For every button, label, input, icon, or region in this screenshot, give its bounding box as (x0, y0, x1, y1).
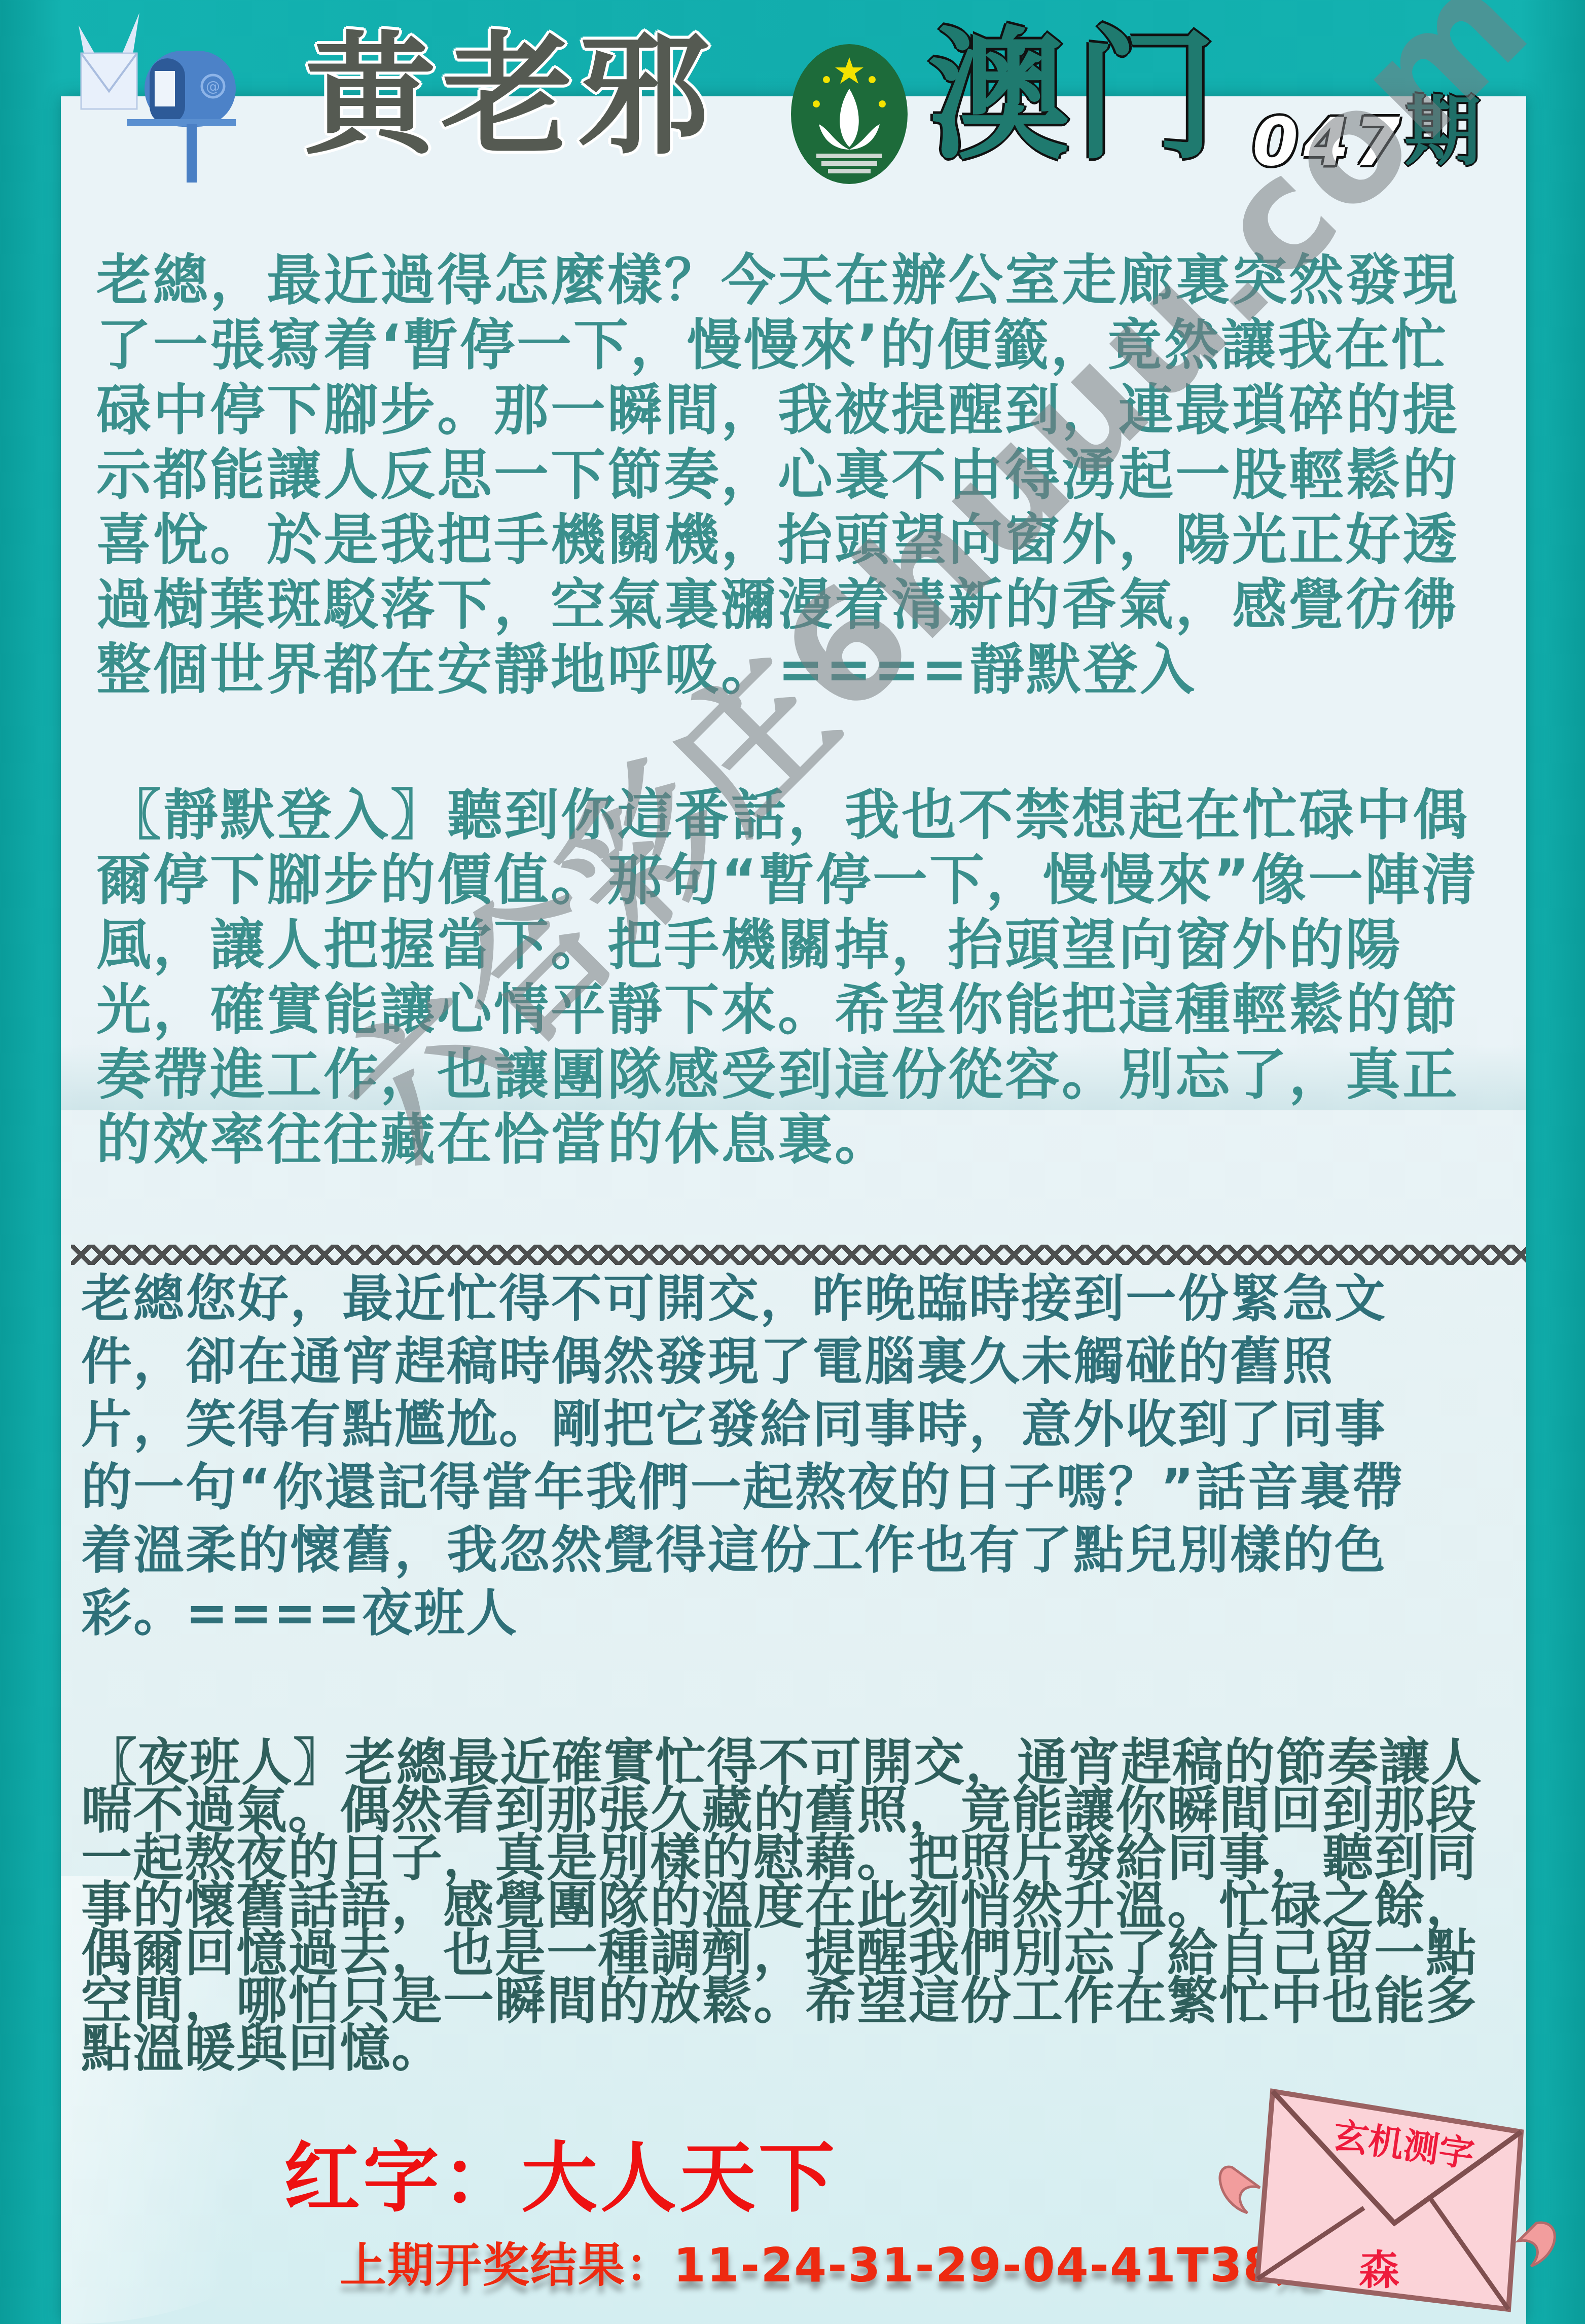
macau-emblem-icon (788, 43, 910, 185)
red-label: 红字：大人天下 (284, 2117, 838, 2226)
title-name: 黄老邪 (304, 30, 715, 162)
post-reply-1: 〖靜默登入〗聽到你這番話，我也不禁想起在忙碌中偶爾停下腳步的價值。那句“暫停一下… (96, 783, 1496, 1173)
wing-right-icon (1519, 2223, 1555, 2266)
mailbox-icon: @ (51, 10, 254, 183)
post-reply-2: 〖夜班人〗老總最近確實忙得不可開交，通宵趕稿的節奏讓人喘不過氣。偶然看到那張久藏… (81, 1739, 1491, 2073)
previous-result: 上期开奖结果：11-24-31-29-04-41T38龙 (340, 2228, 1324, 2295)
svg-text:@: @ (206, 78, 220, 95)
envelope-icon: 玄机测字 森 (1212, 2071, 1567, 2314)
winged-letter-icon (79, 13, 139, 109)
envelope-char: 森 (1359, 2246, 1399, 2294)
wing-left-icon (1220, 2167, 1260, 2213)
post-message-2: 老總您好，最近忙得不可開交，昨晚臨時接到一份緊急文件，卻在通宵趕稿時偶然發現了電… (81, 1267, 1430, 1645)
divider (71, 1245, 1526, 1265)
